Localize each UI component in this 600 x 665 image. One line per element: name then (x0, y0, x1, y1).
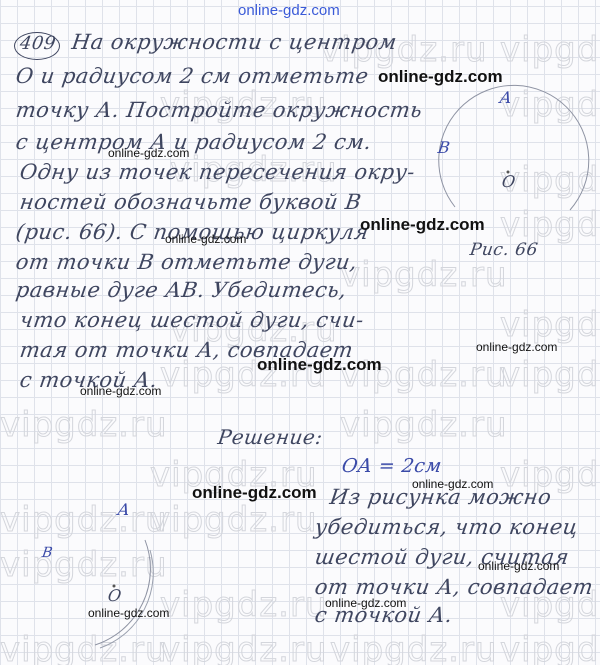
overlay-watermark: online-gdz.com (257, 355, 382, 375)
figure-top-circle (439, 85, 589, 210)
solution-heading: Решение: (216, 425, 324, 449)
overlay-watermark: online-gdz.com (378, 67, 503, 87)
problem-line: что конец шестой дуги, счи- (18, 308, 365, 332)
overlay-watermark: online-gdz.com (88, 606, 169, 620)
problem-line: от точки В отметьте дуги, (14, 250, 359, 274)
overlay-watermark: online-gdz.com (360, 215, 485, 235)
figure-bottom-label-o: O (107, 586, 123, 605)
problem-line: ностей обозначьте буквой В (18, 190, 363, 214)
problem-line: с центром А и радиусом 2 см. (14, 130, 373, 154)
figure-caption: Рис. 66 (469, 240, 540, 260)
figure-bottom-arc (95, 540, 150, 645)
overlay-watermark: online-gdz.com (478, 559, 559, 573)
overlay-watermark: online-gdz.com (192, 483, 317, 503)
figure-top-label-o: O (501, 172, 517, 191)
header-watermark: online-gdz.com (238, 2, 340, 19)
problem-line: О и радиусом 2 см отметьте (14, 64, 370, 88)
overlay-watermark: online-gdz.com (325, 596, 406, 610)
solution-line: убедиться, что конец (313, 515, 579, 539)
overlay-watermark: online-gdz.com (80, 384, 161, 398)
overlay-watermark: online-gdz.com (165, 232, 246, 246)
problem-line: Одну из точек пересечения окру- (18, 160, 416, 184)
problem-line: точку А. Постройте окружность (14, 98, 424, 122)
overlay-watermark: online-gdz.com (108, 146, 189, 160)
problem-number: 409 (14, 32, 60, 60)
overlay-watermark: online-gdz.com (476, 340, 557, 354)
overlay-watermark: online-gdz.com (412, 477, 493, 491)
problem-line: На окружности с центром (70, 30, 398, 54)
problem-line: равные дуге АВ. Убедитесь, (14, 278, 348, 302)
figure-bottom-label-b: B (41, 545, 54, 561)
solution-given: OA = 2см (340, 455, 443, 477)
problem-number-text: 409 (19, 33, 58, 54)
